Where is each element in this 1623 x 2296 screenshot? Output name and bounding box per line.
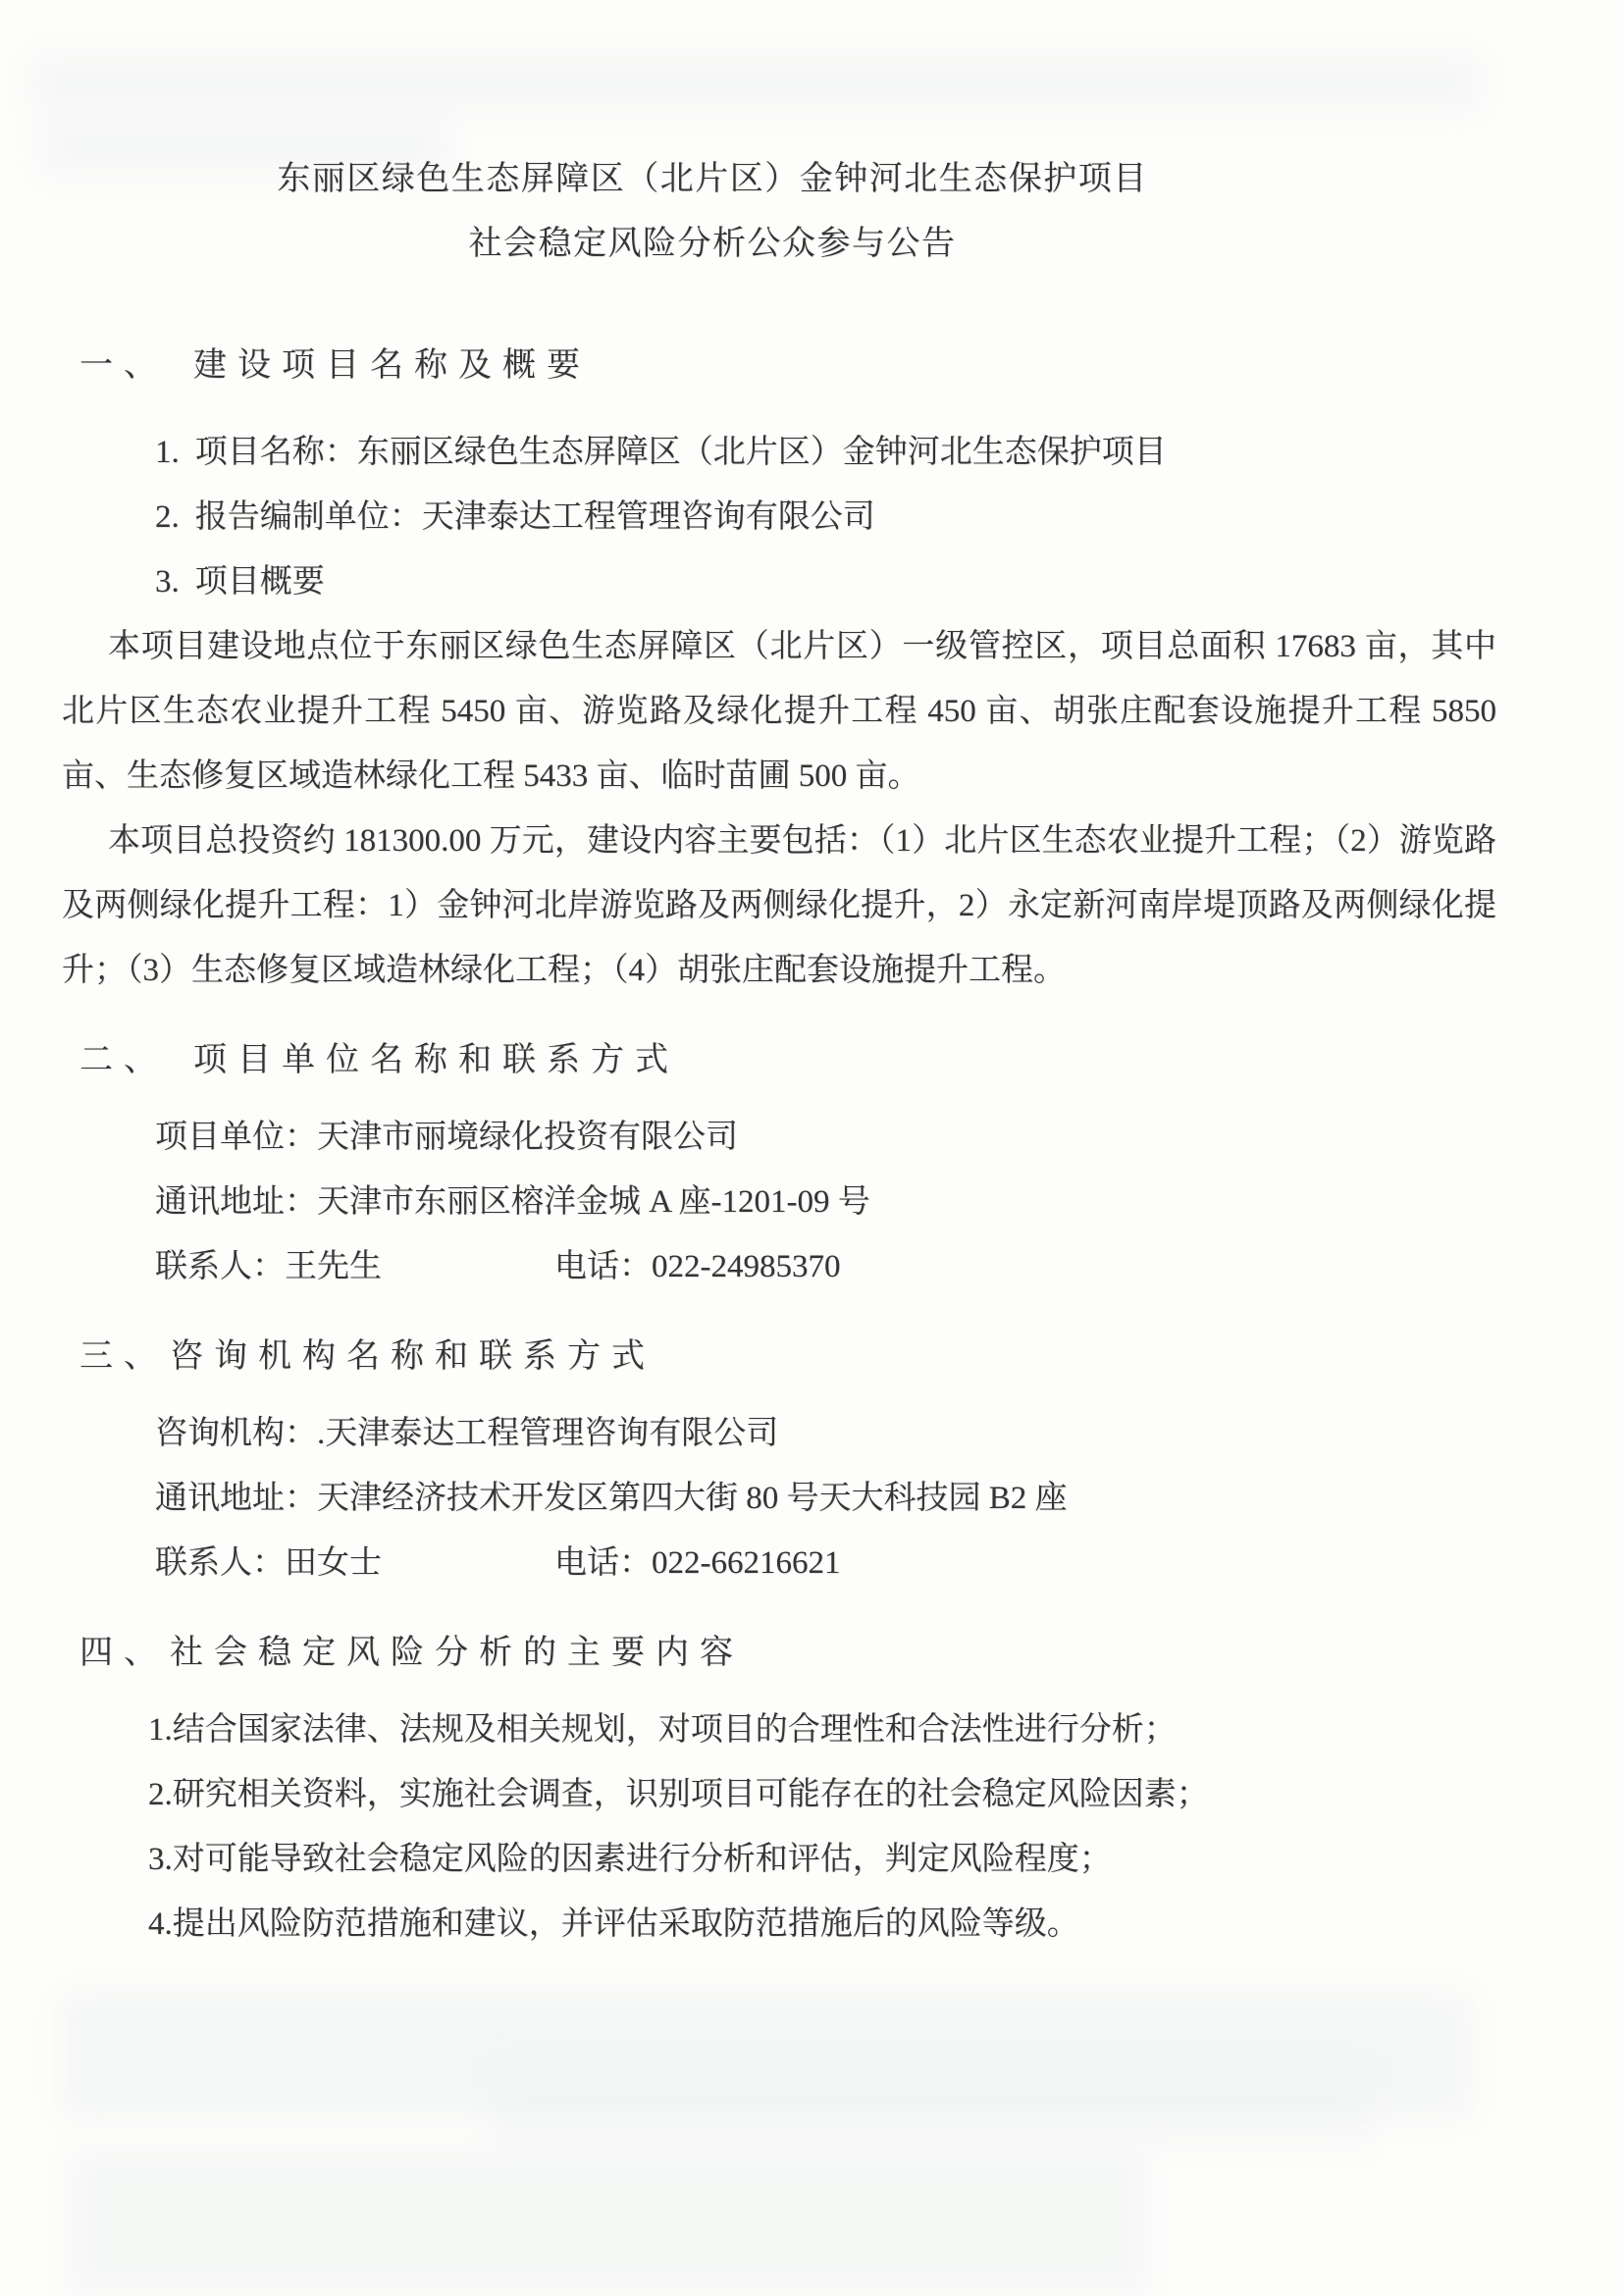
section-3-title: 咨询机构名称和联系方式 [170, 1338, 655, 1375]
contact-person: 联系人：王先生 [155, 1234, 554, 1299]
item-number: 3. [155, 549, 180, 614]
document-body: 东丽区绿色生态屏障区（北片区）金钟河北生态保护项目 社会稳定风险分析公众参与公告… [62, 147, 1496, 1957]
contact-row-person: 联系人：王先生 电话：022-24985370 [62, 1234, 1496, 1299]
analysis-content-item: 3.对可能导致社会稳定风险的因素进行分析和评估，判定风险程度； [62, 1827, 1496, 1892]
section-2-heading: 二、项目单位名称和联系方式 [62, 1028, 1496, 1093]
document-title-line-1: 东丽区绿色生态屏障区（北片区）金钟河北生态保护项目 [0, 147, 1430, 212]
section-4-heading: 四、社会稳定风险分析的主要内容 [62, 1621, 1496, 1686]
analysis-content-item: 2.研究相关资料，实施社会调查，识别项目可能存在的社会稳定风险因素； [62, 1762, 1496, 1827]
scan-bleedthrough-artifact [59, 1992, 1472, 2119]
item-number: 2. [155, 485, 180, 549]
document-title: 东丽区绿色生态屏障区（北片区）金钟河北生态保护项目 社会稳定风险分析公众参与公告 [0, 147, 1430, 277]
contact-row-address: 通讯地址：天津经济技术开发区第四大街 80 号天大科技园 B2 座 [62, 1466, 1496, 1531]
section-1-heading: 一、建设项目名称及概要 [62, 334, 1496, 398]
section-4-title: 社会稳定风险分析的主要内容 [170, 1635, 744, 1671]
section-2-title: 项目单位名称和联系方式 [193, 1042, 679, 1078]
section-3-contact-block: 咨询机构：.天津泰达工程管理咨询有限公司 通讯地址：天津经济技术开发区第四大街 … [62, 1401, 1496, 1595]
document-title-line-2: 社会稳定风险分析公众参与公告 [0, 212, 1430, 277]
section-1-title: 建设项目名称及概要 [193, 347, 591, 384]
contact-phone: 电话：022-66216621 [554, 1531, 841, 1595]
scan-bleedthrough-artifact [29, 54, 1482, 113]
analysis-content-item: 1.结合国家法律、法规及相关规划，对项目的合理性和合法性进行分析； [62, 1697, 1496, 1762]
contact-phone: 电话：022-24985370 [554, 1234, 841, 1299]
numbered-item: 1.项目名称：东丽区绿色生态屏障区（北片区）金钟河北生态保护项目 [62, 420, 1496, 485]
contact-row-consult-org: 咨询机构：.天津泰达工程管理咨询有限公司 [62, 1401, 1496, 1466]
project-overview-paragraph-1: 本项目建设地点位于东丽区绿色生态屏障区（北片区）一级管控区，项目总面积 1768… [62, 614, 1496, 809]
item-text: 项目名称：东丽区绿色生态屏障区（北片区）金钟河北生态保护项目 [195, 435, 1167, 470]
numbered-item: 3.项目概要 [62, 549, 1496, 614]
scan-bleedthrough-artifact [491, 2061, 1374, 2149]
section-4-item-list: 1.结合国家法律、法规及相关规划，对项目的合理性和合法性进行分析； 2.研究相关… [62, 1697, 1496, 1957]
section-1-marker: 一、 [79, 334, 168, 398]
scanned-document-page: 东丽区绿色生态屏障区（北片区）金钟河北生态保护项目 社会稳定风险分析公众参与公告… [0, 0, 1623, 2296]
section-1-item-list: 1.项目名称：东丽区绿色生态屏障区（北片区）金钟河北生态保护项目 2.报告编制单… [62, 420, 1496, 614]
contact-person: 联系人：田女士 [155, 1531, 554, 1595]
contact-row-address: 通讯地址：天津市东丽区榕洋金城 A 座-1201-09 号 [62, 1170, 1496, 1234]
project-overview-paragraph-2: 本项目总投资约 181300.00 万元，建设内容主要包括：（1）北片区生态农业… [62, 809, 1496, 1003]
section-3-marker: 三、 [79, 1325, 168, 1389]
section-2-marker: 二、 [79, 1028, 168, 1093]
item-text: 报告编制单位：天津泰达工程管理咨询有限公司 [195, 499, 875, 535]
section-3-heading: 三、咨询机构名称和联系方式 [62, 1325, 1496, 1389]
scan-bleedthrough-artifact [69, 2149, 1148, 2296]
item-number: 1. [155, 420, 180, 485]
contact-row-person: 联系人：田女士 电话：022-66216621 [62, 1531, 1496, 1595]
numbered-item: 2.报告编制单位：天津泰达工程管理咨询有限公司 [62, 485, 1496, 549]
item-text: 项目概要 [195, 564, 325, 600]
section-4-marker: 四、 [79, 1621, 168, 1686]
analysis-content-item: 4.提出风险防范措施和建议，并评估采取防范措施后的风险等级。 [62, 1892, 1496, 1957]
contact-row-project-unit: 项目单位：天津市丽境绿化投资有限公司 [62, 1105, 1496, 1170]
section-2-contact-block: 项目单位：天津市丽境绿化投资有限公司 通讯地址：天津市东丽区榕洋金城 A 座-1… [62, 1105, 1496, 1299]
